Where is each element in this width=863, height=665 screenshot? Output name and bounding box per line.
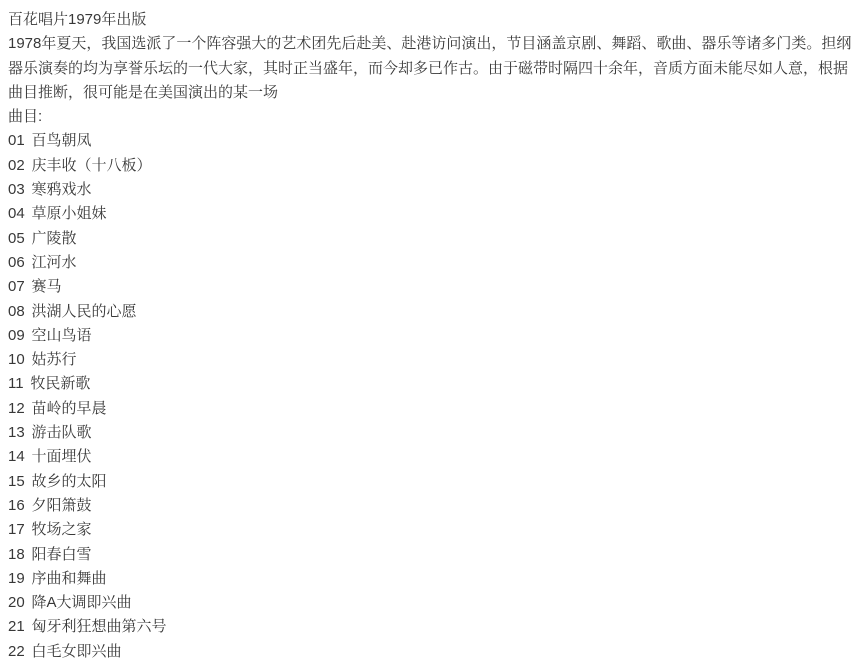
track-title: 广陵散 xyxy=(31,230,76,247)
track-number: 05 xyxy=(8,230,25,247)
track-number: 10 xyxy=(8,351,25,368)
track-row: 15故乡的太阳 xyxy=(8,470,855,494)
track-title: 牧场之家 xyxy=(31,521,91,538)
track-row: 06江河水 xyxy=(8,251,855,275)
track-title: 游击队歌 xyxy=(31,424,91,441)
track-title: 百鸟朝凤 xyxy=(31,132,91,149)
track-number: 14 xyxy=(8,448,25,465)
track-row: 12苗岭的早晨 xyxy=(8,397,855,421)
track-row: 16夕阳箫鼓 xyxy=(8,494,855,518)
track-title: 空山鸟语 xyxy=(31,327,91,344)
track-row: 01百鸟朝凤 xyxy=(8,129,855,153)
track-title: 序曲和舞曲 xyxy=(31,570,106,587)
track-title: 苗岭的早晨 xyxy=(31,400,106,417)
track-title: 赛马 xyxy=(31,278,61,295)
track-title: 夕阳箫鼓 xyxy=(31,497,91,514)
track-row: 22白毛女即兴曲 xyxy=(8,640,855,664)
track-number: 21 xyxy=(8,618,25,635)
track-title: 故乡的太阳 xyxy=(31,473,106,490)
track-title: 江河水 xyxy=(31,254,76,271)
track-title: 寒鸦戏水 xyxy=(31,181,91,198)
track-row: 07赛马 xyxy=(8,275,855,299)
track-title: 降A大调即兴曲 xyxy=(31,594,131,611)
track-number: 02 xyxy=(8,157,25,174)
track-row: 20降A大调即兴曲 xyxy=(8,591,855,615)
track-list: 01百鸟朝凤 02庆丰收（十八板） 03寒鸦戏水 04草原小姐妹 05广陵散 0… xyxy=(8,129,855,664)
track-row: 02庆丰收（十八板） xyxy=(8,154,855,178)
track-row: 09空山鸟语 xyxy=(8,324,855,348)
track-title: 洪湖人民的心愿 xyxy=(31,303,136,320)
track-number: 12 xyxy=(8,400,25,417)
track-row: 18阳春白雪 xyxy=(8,543,855,567)
track-row: 19序曲和舞曲 xyxy=(8,567,855,591)
track-number: 13 xyxy=(8,424,25,441)
track-row: 21匈牙利狂想曲第六号 xyxy=(8,615,855,639)
track-number: 22 xyxy=(8,643,25,660)
track-title: 匈牙利狂想曲第六号 xyxy=(31,618,166,635)
track-row: 05广陵散 xyxy=(8,227,855,251)
track-number: 03 xyxy=(8,181,25,198)
track-number: 06 xyxy=(8,254,25,271)
track-row: 08洪湖人民的心愿 xyxy=(8,300,855,324)
track-row: 04草原小姐妹 xyxy=(8,202,855,226)
album-description: 1978年夏天，我国选派了一个阵容强大的艺术团先后赴美、赴港访问演出，节目涵盖京… xyxy=(8,32,855,105)
track-title: 十面埋伏 xyxy=(31,448,91,465)
track-row: 03寒鸦戏水 xyxy=(8,178,855,202)
track-title: 白毛女即兴曲 xyxy=(31,643,121,660)
track-number: 15 xyxy=(8,473,25,490)
track-row: 11牧民新歌 xyxy=(8,372,855,396)
track-number: 18 xyxy=(8,546,25,563)
track-row: 13游击队歌 xyxy=(8,421,855,445)
track-title: 阳春白雪 xyxy=(31,546,91,563)
track-number: 17 xyxy=(8,521,25,538)
tracklist-label: 曲目: xyxy=(8,105,855,129)
track-title: 草原小姐妹 xyxy=(31,205,106,222)
album-document: 百花唱片1979年出版 1978年夏天，我国选派了一个阵容强大的艺术团先后赴美、… xyxy=(8,8,855,664)
track-number: 16 xyxy=(8,497,25,514)
track-row: 17牧场之家 xyxy=(8,518,855,542)
track-row: 14十面埋伏 xyxy=(8,445,855,469)
track-number: 01 xyxy=(8,132,25,149)
track-title: 牧民新歌 xyxy=(30,375,90,392)
track-number: 20 xyxy=(8,594,25,611)
track-number: 19 xyxy=(8,570,25,587)
track-title: 庆丰收（十八板） xyxy=(31,157,151,174)
track-number: 07 xyxy=(8,278,25,295)
track-title: 姑苏行 xyxy=(31,351,76,368)
track-number: 09 xyxy=(8,327,25,344)
album-title: 百花唱片1979年出版 xyxy=(8,8,855,32)
track-row: 10姑苏行 xyxy=(8,348,855,372)
track-number: 08 xyxy=(8,303,25,320)
track-number: 04 xyxy=(8,205,25,222)
track-number: 11 xyxy=(8,375,24,392)
